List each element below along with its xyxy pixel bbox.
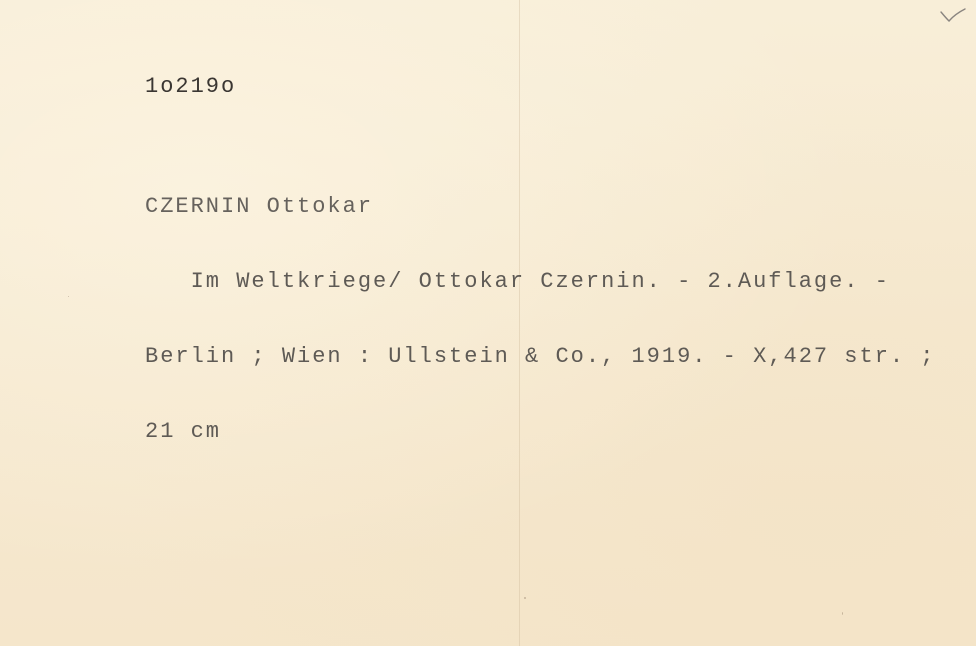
call-number: 1o219o	[145, 74, 236, 99]
bibliographic-entry: CZERNIN Ottokar Im Weltkriege/ Ottokar C…	[145, 144, 936, 494]
entry-dimensions-line: 21 cm	[145, 419, 936, 444]
entry-author-heading: CZERNIN Ottokar	[145, 194, 936, 219]
paper-speck	[842, 612, 843, 615]
paper-speck	[68, 296, 69, 297]
entry-publication-line: Berlin ; Wien : Ullstein & Co., 1919. - …	[145, 344, 936, 369]
check-mark-icon	[938, 6, 968, 26]
catalog-card: 1o219o CZERNIN Ottokar Im Weltkriege/ Ot…	[0, 0, 976, 646]
entry-title-line: Im Weltkriege/ Ottokar Czernin. - 2.Aufl…	[145, 269, 936, 294]
paper-speck	[524, 597, 526, 599]
